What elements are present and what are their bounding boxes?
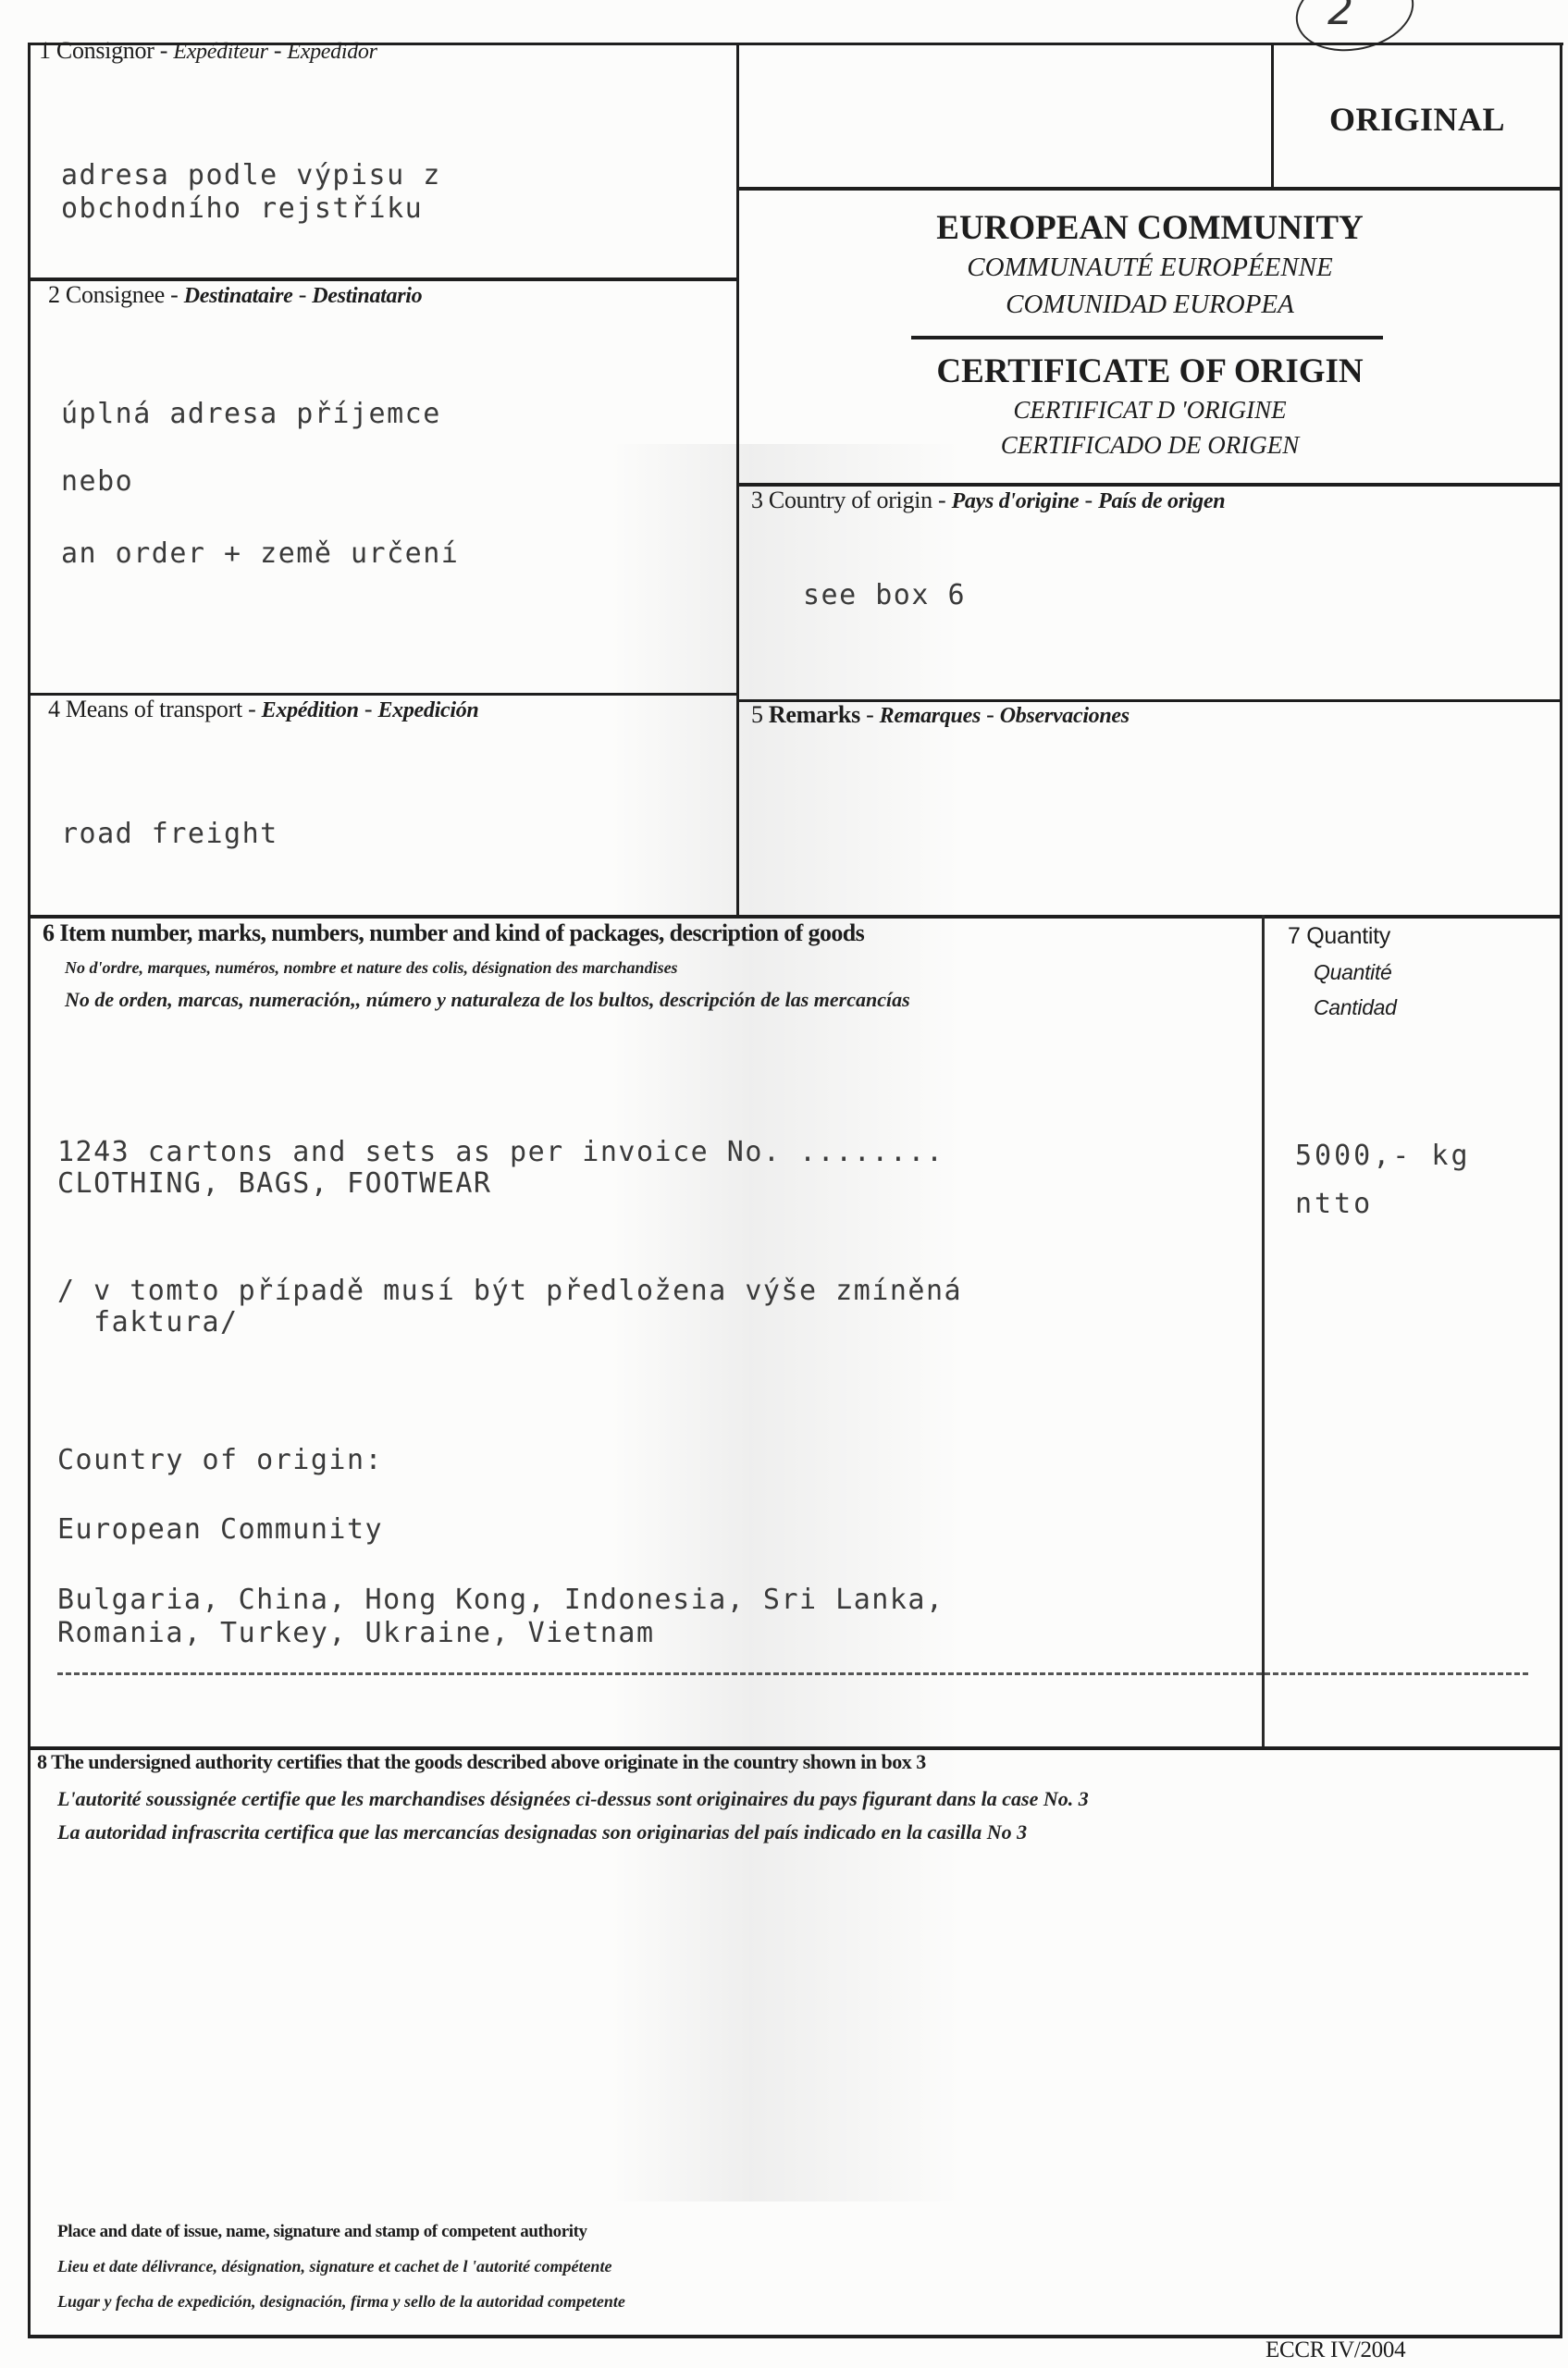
box7-label-en-row: 7 Quantity [1288, 923, 1390, 950]
title-fr-community: COMMUNAUTÉ EUROPÉENNE [739, 253, 1561, 283]
box4-label: 4 Means of transport - Expédition - Expe… [48, 696, 478, 723]
box6-end-dashed-line [57, 1672, 1528, 1675]
box7-label-fr: Quantité [1314, 960, 1392, 985]
box5-label-fr: Remarques [880, 704, 981, 728]
issue-place-date-label-fr: Lieu et date délivrance, désignation, si… [57, 2257, 611, 2276]
box1-label-fr: Expéditeur [173, 40, 267, 64]
box8-number: 8 [37, 1750, 47, 1773]
box1-label-es: Expedidor [287, 40, 377, 64]
col-divider [736, 43, 739, 916]
consignor-address-line2: obchodního rejstříku [61, 192, 423, 226]
box1-label-en: Consignor [56, 37, 154, 64]
origin-list-line2: Romania, Turkey, Ukraine, Vietnam [57, 1617, 655, 1650]
box6-number: 6 [43, 919, 54, 946]
box3-label-es: País de origen [1098, 489, 1225, 513]
issue-place-date-label-es: Lugar y fecha de expedición, designación… [57, 2292, 625, 2312]
box2-number: 2 [48, 281, 60, 308]
issue-place-date-label-en: Place and date of issue, name, signature… [57, 2222, 587, 2242]
box3-label-fr: Pays d'origine [952, 489, 1080, 513]
consignee-line3: an order + země určení [61, 537, 459, 571]
title-es-community: COMUNIDAD EUROPEA [739, 290, 1561, 320]
quantity-unit-note: ntto [1295, 1188, 1373, 1221]
box7-label-en: Quantity [1306, 923, 1390, 949]
box2-label-fr: Destinataire [184, 284, 293, 308]
box3-number: 3 [751, 487, 763, 513]
title-fr-certificate: CERTIFICAT D 'ORIGINE [739, 396, 1561, 425]
box1-label: 1 Consignor - Expéditeur - Expedidor [39, 37, 377, 65]
box4-label-en: Means of transport [66, 696, 242, 722]
box6-label: 6 Item number, marks, numbers, number an… [43, 919, 864, 947]
handwritten-mark: 2 [1327, 0, 1353, 34]
box4-number: 4 [48, 696, 60, 722]
box3-label-en: Country of origin [769, 487, 932, 513]
box7-label-es: Cantidad [1314, 995, 1397, 1020]
box5-number: 5 [751, 701, 763, 728]
box8-label-en: The undersigned authority certifies that… [51, 1750, 926, 1773]
invoice-note-line2: faktura/ [57, 1306, 239, 1339]
quantity-value: 5000,- kg [1295, 1140, 1471, 1173]
box4-label-es: Expedición [377, 698, 478, 722]
box8-label: 8 The undersigned authority certifies th… [37, 1750, 926, 1774]
box2-label-en: Consignee [66, 281, 165, 308]
box5-label: 5 Remarks - Remarques - Observaciones [751, 701, 1130, 729]
country-of-origin-value: see box 6 [803, 579, 966, 612]
box6-label-es: No de orden, marcas, numeración,, número… [65, 988, 910, 1012]
box5-label-en: Remarks [769, 701, 860, 728]
box6-top [28, 915, 1562, 919]
original-label: ORIGINAL [1275, 100, 1560, 139]
means-of-transport-value: road freight [61, 818, 278, 851]
original-bottom [736, 187, 1562, 191]
title-en-community: EUROPEAN COMMUNITY [739, 208, 1561, 248]
box3-label: 3 Country of origin - Pays d'origine - P… [751, 487, 1225, 514]
title-en-certificate: CERTIFICATE OF ORIGIN [739, 351, 1561, 391]
handwritten-circle-mark [1289, 0, 1422, 61]
goods-line2: CLOTHING, BAGS, FOOTWEAR [57, 1167, 491, 1201]
original-divider [1271, 43, 1274, 189]
form-code: ECCR IV/2004 [1266, 2337, 1405, 2363]
box2-label: 2 Consignee - Destinataire - Destinatari… [48, 281, 422, 309]
consignor-address-line1: adresa podle výpisu z [61, 159, 441, 192]
title-es-certificate: CERTIFICADO DE ORIGEN [739, 431, 1561, 460]
box2-label-es: Destinatario [312, 284, 422, 308]
consignee-line2: nebo [61, 465, 133, 499]
box5-label-es: Observaciones [1000, 704, 1130, 728]
box7-divider [1262, 915, 1265, 1747]
box8-label-es: La autoridad infrascrita certifica que l… [57, 1820, 1027, 1844]
origin-heading: Country of origin: [57, 1444, 383, 1477]
title-rule [911, 336, 1383, 339]
origin-primary: European Community [57, 1513, 383, 1547]
box4-label-fr: Expédition [262, 698, 359, 722]
box8-label-fr: L'autorité soussignée certifie que les m… [57, 1787, 1089, 1811]
box6-label-en: Item number, marks, numbers, number and … [59, 919, 864, 946]
frame-left [28, 43, 31, 2337]
consignee-line1: úplná adresa příjemce [61, 398, 441, 431]
box1-number: 1 [39, 37, 51, 64]
goods-line1: 1243 cartons and sets as per invoice No.… [57, 1136, 945, 1169]
box7-number: 7 [1288, 923, 1301, 949]
origin-list-line1: Bulgaria, China, Hong Kong, Indonesia, S… [57, 1584, 945, 1617]
box6-label-fr: No d'ordre, marques, numéros, nombre et … [65, 958, 678, 978]
invoice-note-line1: / v tomto případě musí být předložena vý… [57, 1275, 962, 1308]
